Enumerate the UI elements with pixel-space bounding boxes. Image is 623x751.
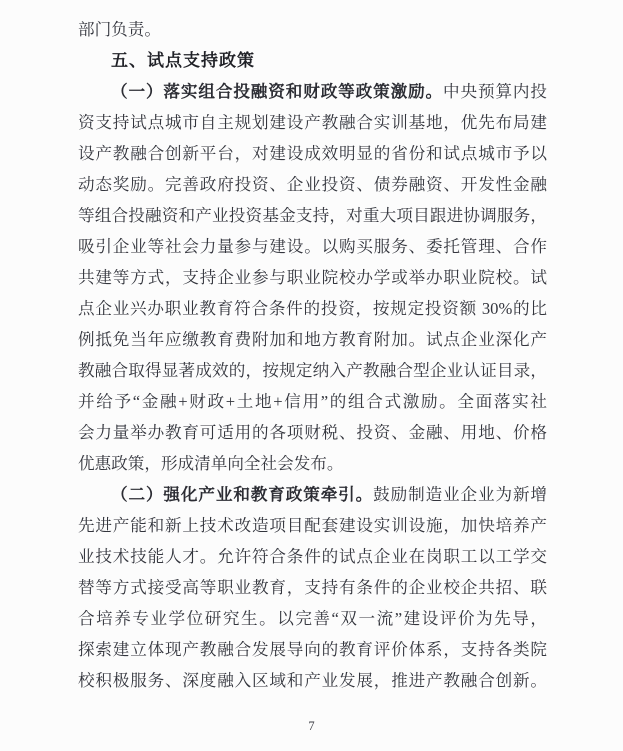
text-line: 共建等方式，支持企业参与职业院校办学或举办职业院校。试 (78, 262, 547, 293)
text-line: 等组合投融资和产业投资基金支持，对重大项目跟进协调服务， (78, 200, 547, 231)
document-body: 部门负责。 五、试点支持政策 （一）落实组合投融资和财政等政策激励。中央预算内投… (78, 14, 547, 696)
document-page: 部门负责。 五、试点支持政策 （一）落实组合投融资和财政等政策激励。中央预算内投… (0, 0, 623, 751)
text-line: 替等方式接受高等职业教育，支持有条件的企业校企共招、联 (78, 572, 547, 603)
paragraph-last-line: 优惠政策，形成清单向全社会发布。 (78, 448, 547, 479)
text-line: 合培养专业学位研究生。以完善“双一流”建设评价为先导， (78, 603, 547, 634)
text-line: 吸引企业等社会力量参与建设。以购买服务、委托管理、合作 (78, 231, 547, 262)
section-heading: 五、试点支持政策 (78, 45, 547, 76)
text-run: 鼓励制造业企业为新增 (373, 485, 547, 504)
text-line: 先进产能和新上技术改造项目配套建设实训设施，加快培养产 (78, 510, 547, 541)
text-line: 会力量举办教育可适用的各项财税、投资、金融、用地、价格 (78, 417, 547, 448)
text-line: 业技术技能人才。允许符合条件的试点企业在岗职工以工学交 (78, 541, 547, 572)
paragraph-first-line: （二）强化产业和教育政策牵引。鼓励制造业企业为新增 (78, 479, 547, 510)
text-line: 例抵免当年应缴教育费附加和地方教育附加。试点企业深化产 (78, 324, 547, 355)
text-line: 并给予“金融+财政+土地+信用”的组合式激励。全面落实社 (78, 386, 547, 417)
text-line: 探索建立体现产教融合发展导向的教育评价体系，支持各类院 (78, 634, 547, 665)
text-line: 部门负责。 (78, 14, 547, 45)
page-number: 7 (0, 718, 623, 734)
text-line: 教融合取得显著成效的，按规定纳入产教融合型企业认证目录， (78, 355, 547, 386)
text-line: 动态奖励。完善政府投资、企业投资、债券融资、开发性金融 (78, 169, 547, 200)
text-run: 中央预算内投 (443, 82, 547, 101)
text-line: 点企业兴办职业教育符合条件的投资，按规定投资额 30%的比 (78, 293, 547, 324)
paragraph-label: （一）落实组合投融资和财政等政策激励。 (111, 82, 443, 101)
paragraph-first-line: （一）落实组合投融资和财政等政策激励。中央预算内投 (78, 76, 547, 107)
paragraph-label: （二）强化产业和教育政策牵引。 (111, 485, 373, 504)
text-line: 设产教融合创新平台，对建设成效明显的省份和试点城市予以 (78, 138, 547, 169)
text-line: 校积极服务、深度融入区域和产业发展，推进产教融合创新。 (78, 665, 547, 696)
text-line: 资支持试点城市自主规划建设产教融合实训基地，优先布局建 (78, 107, 547, 138)
